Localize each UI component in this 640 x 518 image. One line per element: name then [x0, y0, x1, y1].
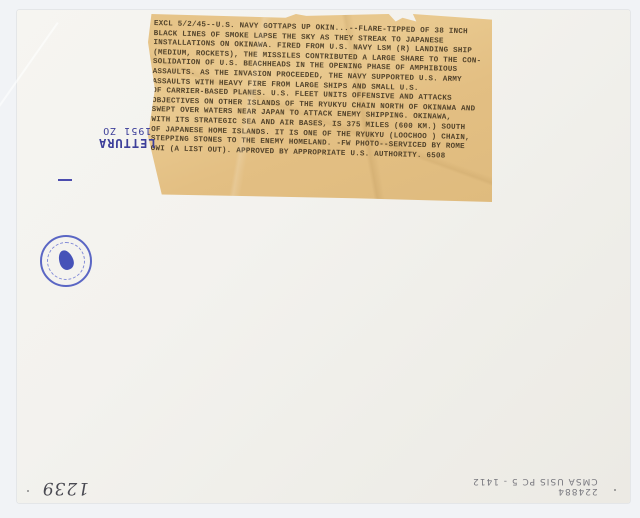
pencil-dot: [614, 489, 616, 491]
lettura-stamp-date: 1951 ZO: [98, 125, 156, 136]
pencil-dot: [27, 490, 29, 492]
seal-emblem-icon: [56, 248, 76, 272]
handwritten-notes-right: 224884 CMSA USIS PC 5 - 1412: [472, 476, 598, 496]
paper-crease: [0, 22, 59, 171]
handwritten-number-left: 1239: [40, 478, 91, 498]
caption-text: EXCL 5/2/45--U.S. NAVY GOTTAPS UP OKIN..…: [150, 20, 489, 163]
handwritten-ref: CMSA USIS PC 5 - 1412: [472, 476, 598, 486]
lettura-stamp: LETTURA 1951 ZO: [98, 125, 156, 150]
ink-dash-mark: [58, 179, 72, 181]
caption-label: EXCL 5/2/45--U.S. NAVY GOTTAPS UP OKIN..…: [148, 14, 492, 202]
lettura-stamp-word: LETTURA: [98, 136, 156, 150]
circular-seal-stamp: [40, 235, 92, 287]
handwritten-id: 224884: [472, 486, 598, 496]
